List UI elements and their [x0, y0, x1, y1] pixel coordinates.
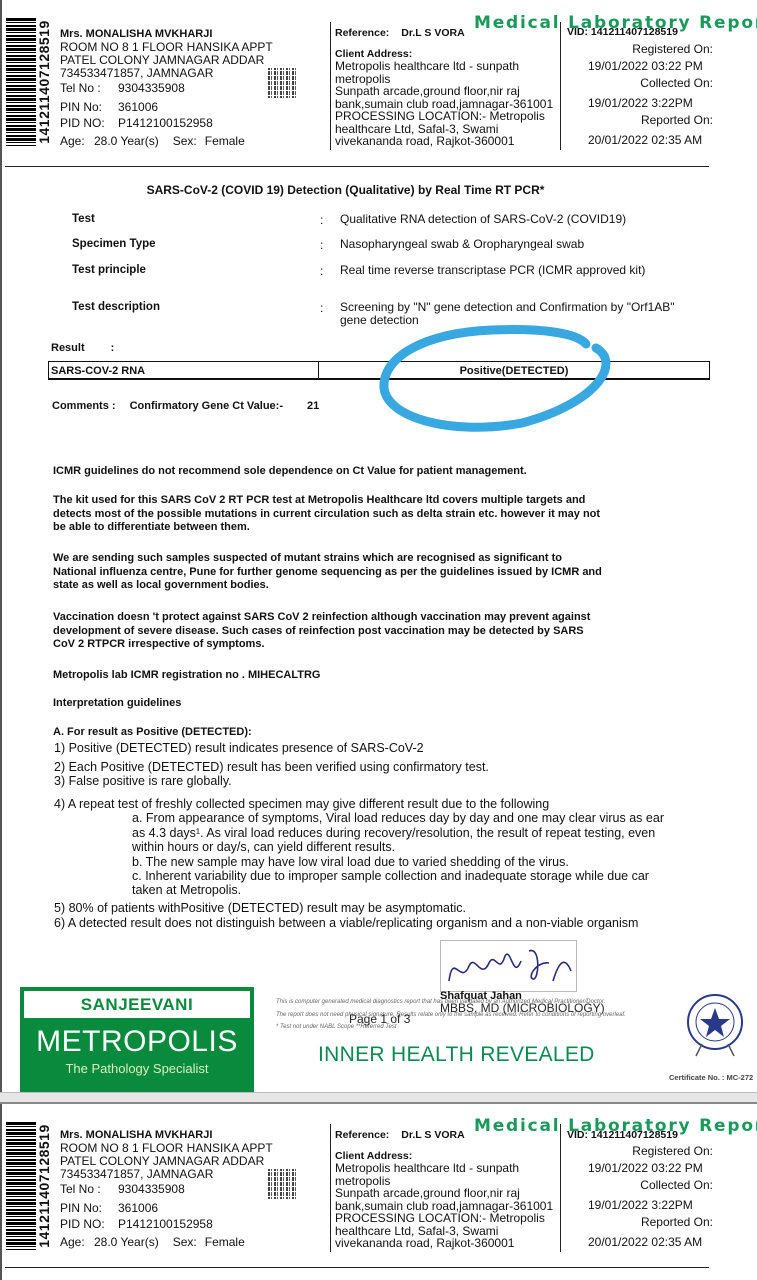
- ct-value: 21: [307, 400, 319, 412]
- report-header-page-2: 141211407128519 Mrs. MONALISHA MVKHARJI …: [2, 1104, 757, 1264]
- tagline: INNER HEALTH REVEALED: [318, 1043, 595, 1067]
- qr-code: [268, 68, 298, 98]
- registered-date: 19/01/2022 03:22 PM: [588, 58, 713, 75]
- header-rule: [5, 166, 709, 167]
- note-registration: Metropolis lab ICMR registration no . MI…: [53, 669, 613, 683]
- guideline-4a-cont2: within hours or day/s, can yield differe…: [132, 840, 712, 854]
- disclaimer-1: This is computer generated medical diagn…: [276, 999, 605, 1005]
- referring-doctor: Dr.L S VORA: [401, 27, 464, 39]
- divider: [330, 22, 331, 150]
- reference-block: Reference:Dr.L S VORA Client Address: Me…: [335, 26, 560, 148]
- vid: VID: 141211407128519: [567, 1129, 678, 1141]
- nabl-seal-icon: [682, 992, 748, 1058]
- barcode: [6, 1122, 36, 1250]
- positive-heading: A. For result as Positive (DETECTED):: [53, 726, 613, 740]
- patient-pin: 361006: [118, 101, 158, 114]
- certificate-number: Certificate No. : MC-272: [669, 1073, 753, 1082]
- report-page-2: 141211407128519 Mrs. MONALISHA MVKHARJI …: [0, 1104, 757, 1280]
- guideline-4c: c. Inherent variability due to improper …: [132, 869, 712, 883]
- vid: VID: 141211407128519: [567, 26, 678, 38]
- note-vaccination: Vaccination doesn 't protect against SAR…: [53, 611, 608, 652]
- divider: [560, 22, 561, 150]
- page-indicator: Page 1 of 3: [349, 1012, 410, 1026]
- disclaimer-2: The report does not need physical signat…: [276, 1012, 626, 1018]
- patient-sex: Female: [205, 135, 245, 148]
- result-analyte: SARS-COV-2 RNA: [49, 362, 319, 378]
- patient-address-3: 734533471857, JAMNAGAR: [60, 67, 273, 80]
- note-kit: The kit used for this SARS CoV 2 RT PCR …: [53, 494, 603, 535]
- guideline-4b: b. The new sample may have low viral loa…: [132, 855, 712, 869]
- field-test-principle: Test principle:Real time reverse transcr…: [72, 264, 692, 278]
- note-icmr: ICMR guidelines do not recommend sole de…: [53, 465, 613, 479]
- metropolis-logo: SANJEEVANI METROPOLIS The Pathology Spec…: [20, 987, 254, 1093]
- field-test: Test:Qualitative RNA detection of SARS-C…: [72, 213, 692, 227]
- field-specimen-type: Specimen Type:Nasopharyngeal swab & Orop…: [72, 238, 692, 252]
- patient-age: 28.0 Year(s): [94, 135, 159, 148]
- patient-tel: 9304335908: [118, 82, 185, 95]
- guideline-5: 5) 80% of patients withPositive (DETECTE…: [54, 901, 754, 915]
- reference-block: Reference:Dr.L S VORA Client Address: Me…: [335, 1128, 560, 1250]
- report-page-1: 141211407128519 Mrs. MONALISHA MVKHARJI …: [0, 0, 757, 1092]
- guideline-6: 6) A detected result does not distinguis…: [54, 916, 754, 930]
- divider: [560, 1124, 561, 1252]
- collected-date: 19/01/2022 3:22PM: [588, 95, 713, 112]
- guideline-3: 3) False positive is rare globally.: [54, 774, 754, 788]
- report-dates: Registered On: 19/01/2022 03:22 PM Colle…: [588, 1143, 713, 1251]
- guideline-4a-cont: as 4.3 days¹. As viral load reduces duri…: [132, 826, 712, 840]
- annotation-circle: [372, 318, 622, 438]
- report-header: 141211407128519 Mrs. MONALISHA MVKHARJI …: [2, 0, 757, 160]
- report-dates: Registered On: 19/01/2022 03:22 PM Colle…: [588, 41, 713, 149]
- divider: [330, 1124, 331, 1252]
- result-label: Result:: [51, 342, 114, 354]
- barcode-number: 141211407128519: [36, 18, 52, 146]
- header-rule: [5, 1267, 709, 1268]
- guideline-4a: a. From appearance of symptoms, Viral lo…: [132, 811, 712, 825]
- barcode: [6, 18, 36, 146]
- guideline-4: 4) A repeat test of freshly collected sp…: [54, 797, 754, 811]
- patient-pid: P1412100152958: [118, 117, 213, 130]
- qr-code: [268, 1169, 298, 1199]
- comments: Comments :Confirmatory Gene Ct Value:-21: [52, 400, 333, 412]
- reported-date: 20/01/2022 02:35 AM: [588, 132, 713, 149]
- test-title: SARS-CoV-2 (COVID 19) Detection (Qualita…: [2, 183, 757, 197]
- interpretation-heading: Interpretation guidelines: [53, 697, 613, 711]
- page-separator: [0, 1092, 757, 1104]
- signature: [440, 940, 577, 992]
- barcode-number: 141211407128519: [36, 1122, 52, 1250]
- patient-info: Mrs. MONALISHA MVKHARJI ROOM NO 8 1 FLOO…: [60, 28, 273, 148]
- patient-info: Mrs. MONALISHA MVKHARJI ROOM NO 8 1 FLOO…: [60, 1129, 273, 1249]
- note-mutant: We are sending such samples suspected of…: [53, 552, 603, 593]
- guideline-2: 2) Each Positive (DETECTED) result has b…: [54, 760, 754, 774]
- guideline-4c-cont: taken at Metropolis.: [132, 883, 712, 897]
- guideline-1: 1) Positive (DETECTED) result indicates …: [54, 741, 754, 755]
